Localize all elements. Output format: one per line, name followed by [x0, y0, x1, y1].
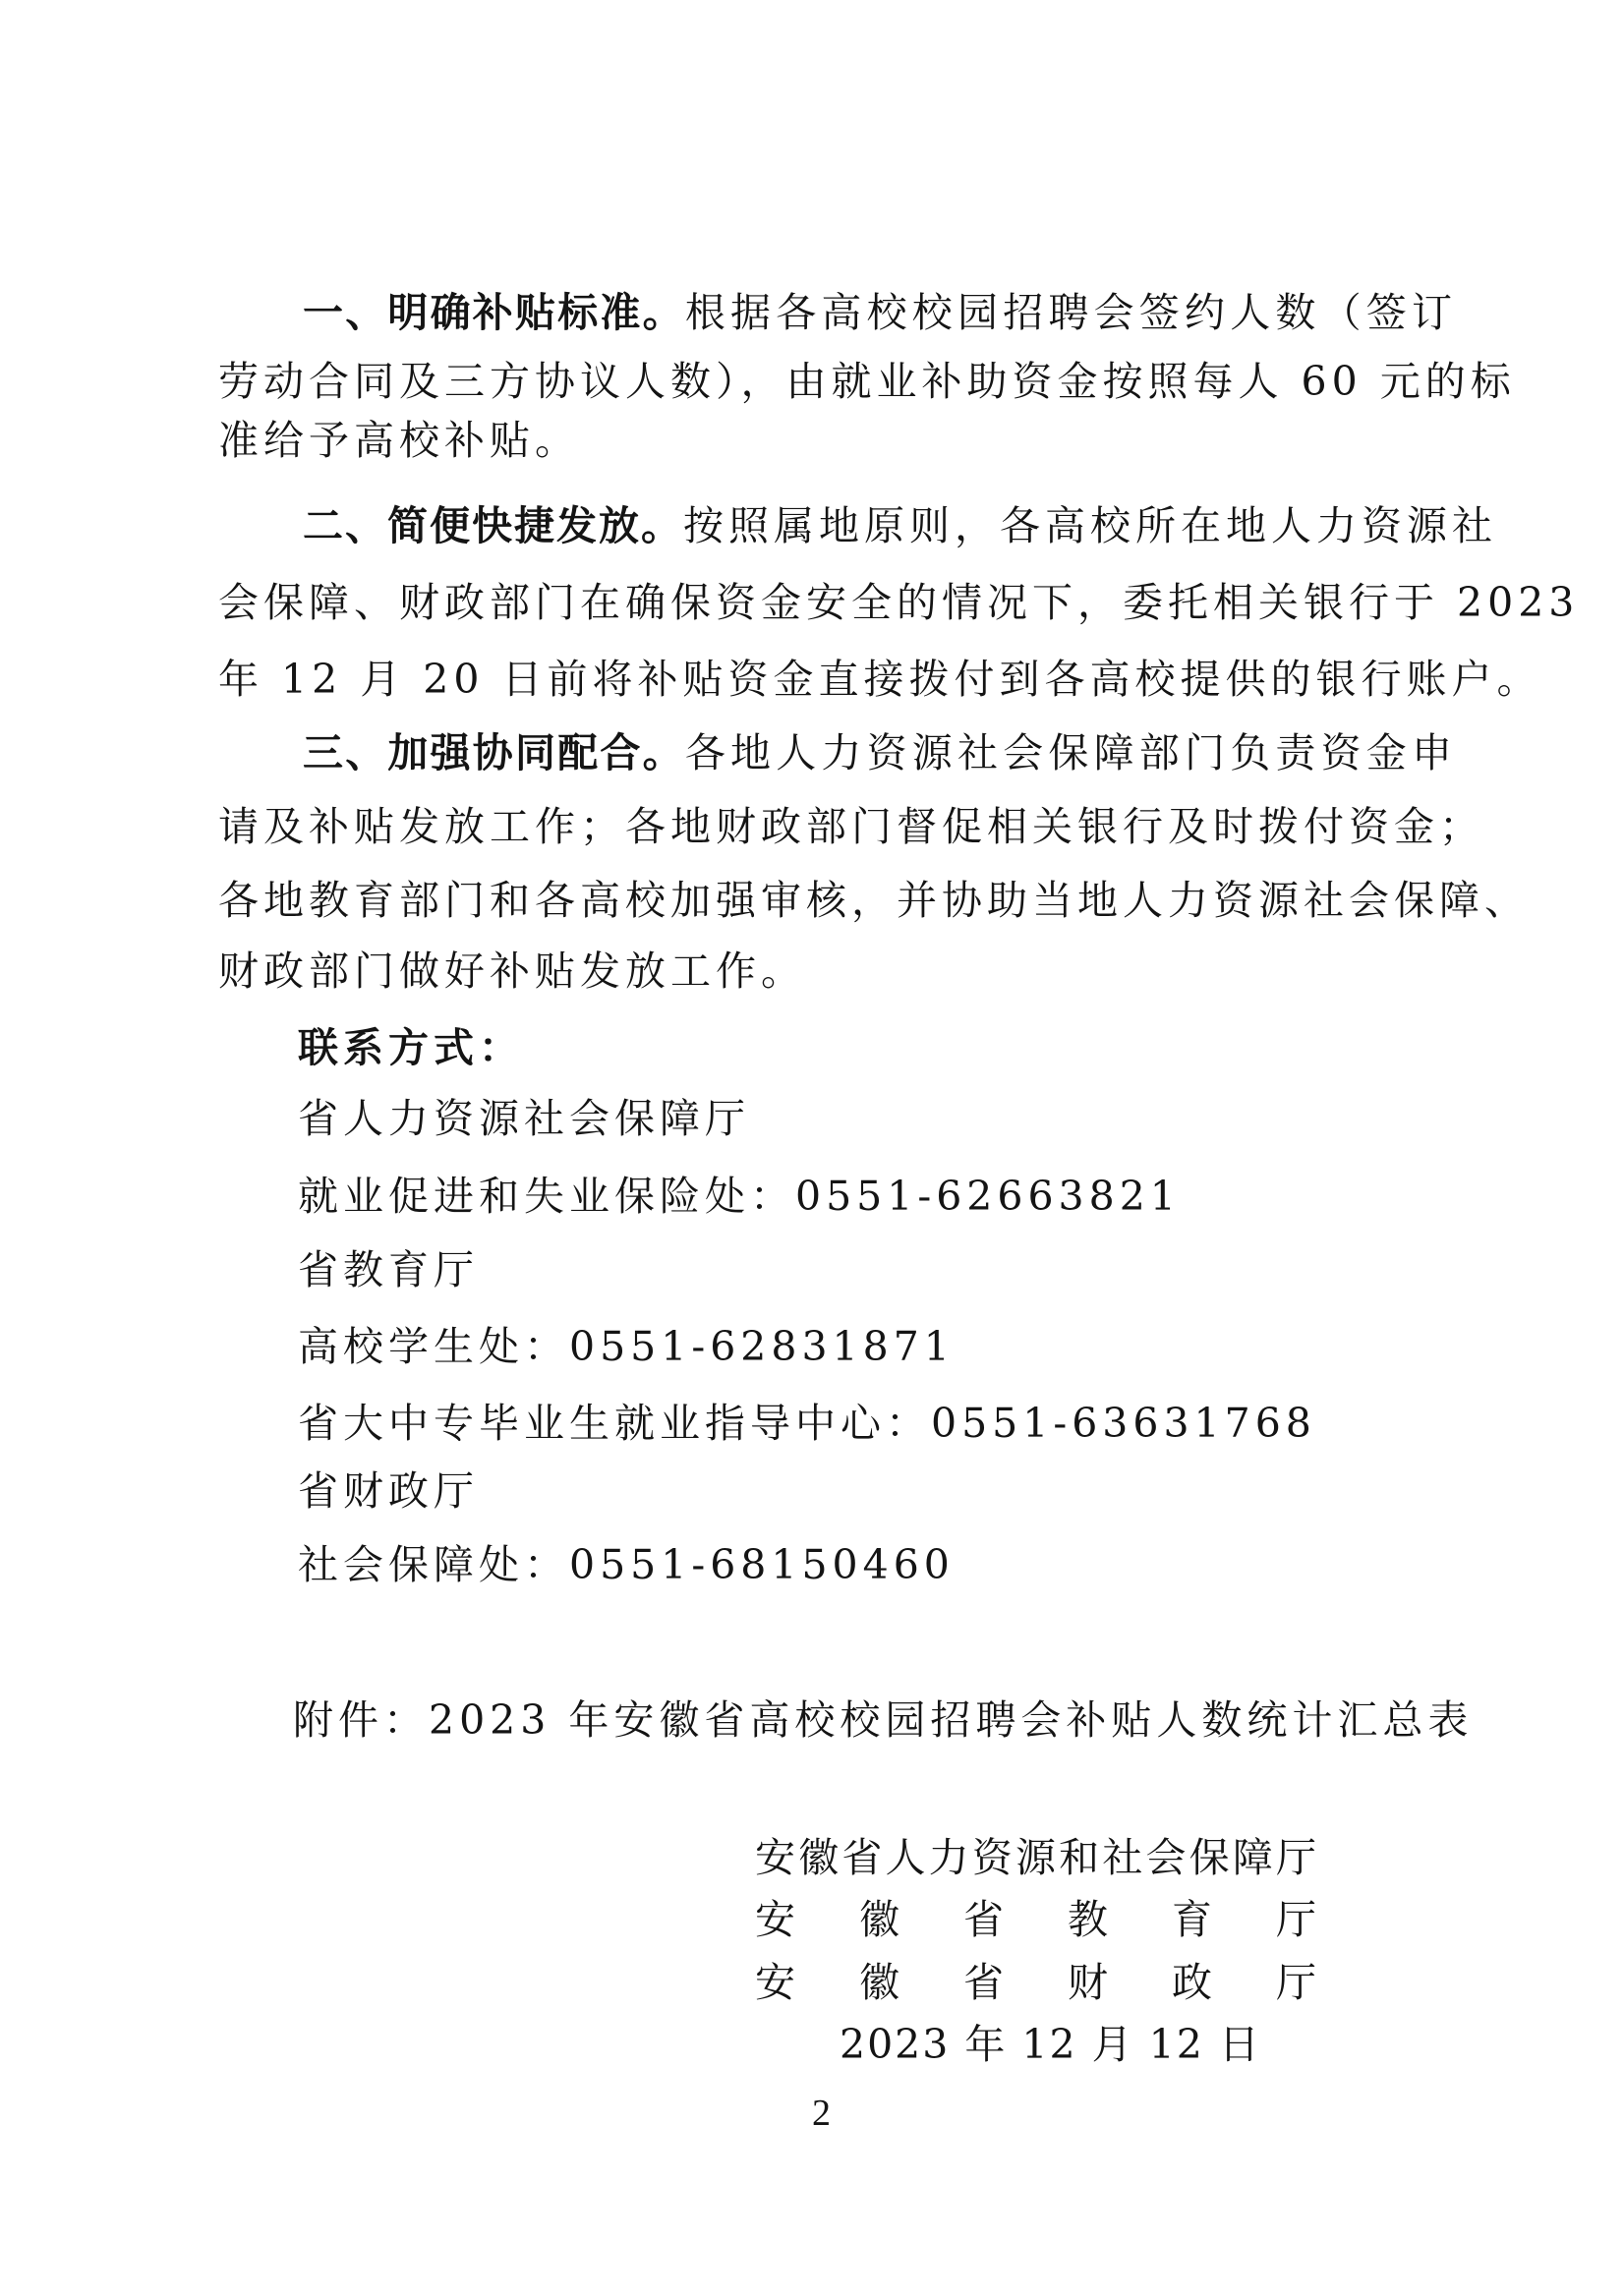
- section-3-heading: 三、加强协同配合。: [303, 729, 685, 776]
- section-2-text: 按照属地原则，各高校所在地人力资源社: [683, 502, 1497, 549]
- section-3-line-1: 三、加强协同配合。各地人力资源社会保障部门负责资金申: [303, 728, 1457, 777]
- contacts-title: 联系方式：: [298, 1023, 524, 1072]
- page-number: 2: [812, 2092, 831, 2135]
- contact-entry-employment-office: 就业促进和失业保险处：0551-62663821: [298, 1172, 1181, 1221]
- issue-date: 2023 年 12 月 12 日: [840, 2020, 1193, 2069]
- section-1-line-3: 准给予高校补贴。: [218, 416, 1457, 465]
- section-3-line-4: 财政部门做好补贴发放工作。: [218, 947, 1457, 996]
- section-1-heading: 一、明确补贴标准。: [303, 289, 685, 336]
- section-1-text: 根据各高校校园招聘会签约人数（签订: [685, 289, 1457, 336]
- section-1-line-1: 一、明确补贴标准。根据各高校校园招聘会签约人数（签订: [303, 288, 1457, 337]
- contact-entry-education-dept: 省教育厅: [298, 1245, 479, 1294]
- contact-entry-finance-dept: 省财政厅: [298, 1466, 479, 1516]
- section-2-heading: 二、简便快捷发放。: [303, 502, 683, 549]
- signature-hrss: 安徽省人力资源和社会保障厅: [755, 1833, 1319, 1882]
- section-1-line-2: 劳动合同及三方协议人数），由就业补助资金按照每人 60 元的标: [218, 357, 1457, 406]
- section-2-line-2: 会保障、财政部门在确保资金安全的情况下，委托相关银行于 2023: [218, 578, 1457, 627]
- contact-entry-student-affairs: 高校学生处：0551-62831871: [298, 1322, 955, 1371]
- attachment-note: 附件：2023 年安徽省高校校园招聘会补贴人数统计汇总表: [293, 1695, 1402, 1745]
- contact-entry-social-security-office: 社会保障处：0551-68150460: [298, 1540, 955, 1589]
- signature-finance: 安 徽 省 财 政 厅: [755, 1958, 1319, 2007]
- document-page: 一、明确补贴标准。根据各高校校园招聘会签约人数（签订 劳动合同及三方协议人数），…: [0, 0, 1624, 2296]
- contact-entry-hrss-dept: 省人力资源社会保障厅: [298, 1094, 750, 1143]
- section-3-line-3: 各地教育部门和各高校加强审核，并协助当地人力资源社会保障、: [218, 876, 1457, 925]
- section-2-line-1: 二、简便快捷发放。按照属地原则，各高校所在地人力资源社: [303, 501, 1457, 550]
- signature-education: 安 徽 省 教 育 厅: [755, 1895, 1319, 1944]
- section-2-line-3: 年 12 月 20 日前将补贴资金直接拨付到各高校提供的银行账户。: [218, 655, 1457, 704]
- contact-entry-graduate-center: 省大中专毕业生就业指导中心：0551-63631768: [298, 1399, 1316, 1448]
- section-3-text: 各地人力资源社会保障部门负责资金申: [685, 729, 1457, 776]
- section-3-line-2: 请及补贴发放工作；各地财政部门督促相关银行及时拨付资金；: [218, 802, 1457, 851]
